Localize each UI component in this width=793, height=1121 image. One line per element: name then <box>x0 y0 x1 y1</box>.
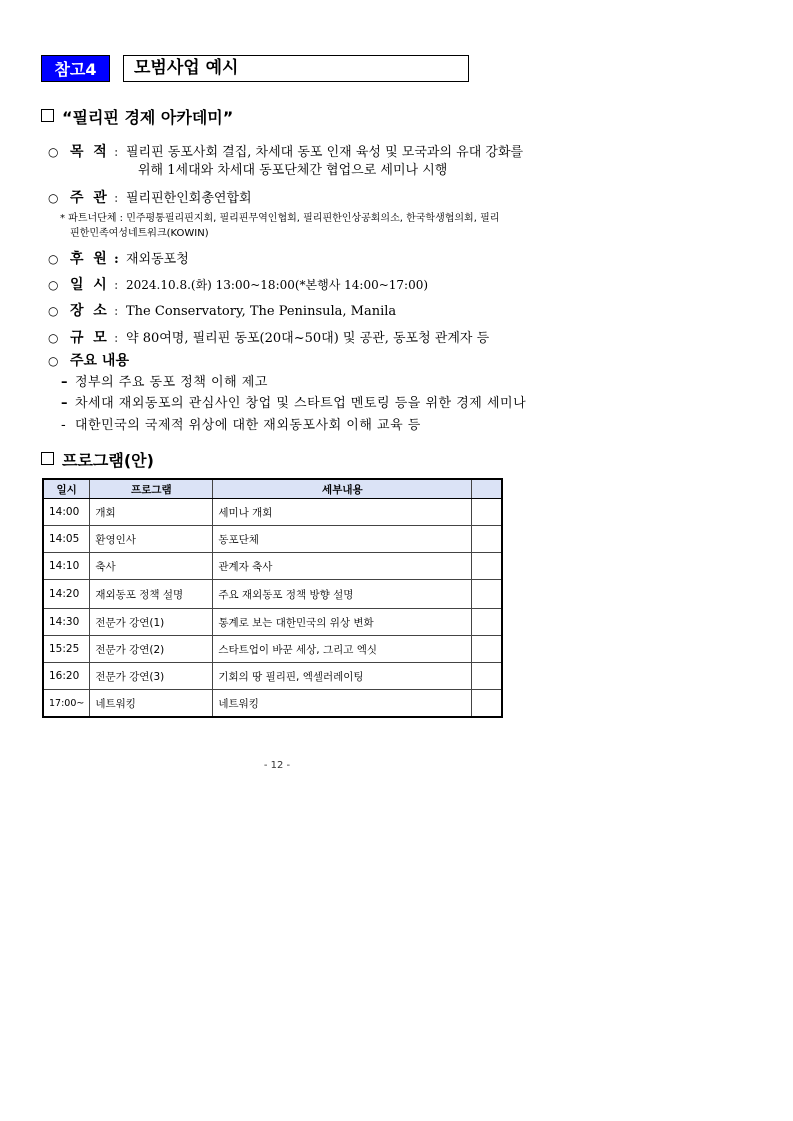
header-details: 세부내용 <box>213 479 472 499</box>
cell-blank <box>472 636 503 663</box>
square-bullet-icon <box>41 109 54 122</box>
section-heading-academy: “필리핀 경제 아카데미” <box>41 108 233 128</box>
table-row: 14:30 전문가 강연(1) 통계로 보는 대한민국의 위상 변화 <box>43 609 502 636</box>
cell-details: 세미나 개회 <box>213 499 472 526</box>
cell-blank <box>472 690 503 718</box>
item-label: 일 시 <box>70 276 114 294</box>
circle-bullet-icon: ○ <box>48 302 70 320</box>
table-header-row: 일시 프로그램 세부내용 <box>43 479 502 499</box>
item-label: 주 관 <box>70 189 114 207</box>
header-program: 프로그램 <box>90 479 213 499</box>
item-label: 장 소 <box>70 302 114 320</box>
section-title: “필리핀 경제 아카데미” <box>62 108 233 127</box>
table-row: 16:20 전문가 강연(3) 기회의 땅 필리핀, 엑셀러레이팅 <box>43 663 502 690</box>
reference-tag: 참고4 <box>41 55 110 82</box>
cell-time: 15:25 <box>43 636 90 663</box>
item-label: 규 모 <box>70 329 114 347</box>
circle-bullet-icon: ○ <box>48 143 70 161</box>
cell-program: 전문가 강연(1) <box>90 609 213 636</box>
item-purpose-cont: 위해 1세대와 차세대 동포단체간 협업으로 세미나 시행 <box>138 162 447 180</box>
item-text: 약 80여명, 필리핀 동포(20대~50대) 및 공관, 동포청 관계자 등 <box>126 331 489 346</box>
circle-bullet-icon: ○ <box>48 250 70 268</box>
table-row: 14:10 축사 관계자 축사 <box>43 553 502 580</box>
table-row: 17:00~ 네트워킹 네트워킹 <box>43 690 502 718</box>
cell-program: 환영인사 <box>90 526 213 553</box>
cell-blank <box>472 499 503 526</box>
content-item: –차세대 재외동포의 관심사인 창업 및 스타트업 멘토링 등을 위한 경제 세… <box>61 395 526 413</box>
item-venue: ○장 소:The Conservatory, The Peninsula, Ma… <box>48 302 396 321</box>
circle-bullet-icon: ○ <box>48 276 70 294</box>
partner-note-cont: 핀한민족여성네트워크(KOWIN) <box>70 226 209 241</box>
table-row: 14:05 환영인사 동포단체 <box>43 526 502 553</box>
header-blank <box>472 479 503 499</box>
table-row: 15:25 전문가 강연(2) 스타트업이 바꾼 세상, 그리고 엑싯 <box>43 636 502 663</box>
partner-note: * 파트너단체 : 민주평통필리핀지회, 필리핀무역인협회, 필리핀한인상공회의… <box>60 211 499 226</box>
circle-bullet-icon: ○ <box>48 329 70 347</box>
item-label: 후 원 <box>70 250 114 268</box>
table-row: 14:20 재외동포 정책 설명 주요 재외동포 정책 방향 설명 <box>43 580 502 609</box>
item-main-contents: ○주요 내용 <box>48 352 129 371</box>
square-bullet-icon <box>41 452 54 465</box>
cell-program: 개회 <box>90 499 213 526</box>
cell-time: 14:20 <box>43 580 90 609</box>
item-text: 필리핀한인회총연합회 <box>126 191 252 206</box>
item-sponsor: ○후 원:재외동포청 <box>48 250 189 269</box>
circle-bullet-icon: ○ <box>48 189 70 207</box>
item-label: 목 적 <box>70 143 114 161</box>
cell-details: 기회의 땅 필리핀, 엑셀러레이팅 <box>213 663 472 690</box>
item-text: 위해 1세대와 차세대 동포단체간 협업으로 세미나 시행 <box>138 163 447 178</box>
cell-details: 네트워킹 <box>213 690 472 718</box>
cell-program: 전문가 강연(3) <box>90 663 213 690</box>
cell-blank <box>472 553 503 580</box>
cell-details: 관계자 축사 <box>213 553 472 580</box>
cell-time: 14:00 <box>43 499 90 526</box>
content-item: -대한민국의 국제적 위상에 대한 재외동포사회 이해 교육 등 <box>61 417 421 435</box>
item-text: 재외동포청 <box>126 252 189 267</box>
cell-blank <box>472 526 503 553</box>
item-text: The Conservatory, The Peninsula, Manila <box>126 304 396 319</box>
item-datetime: ○일 시:2024.10.8.(화) 13:00~18:00(*본행사 14:0… <box>48 276 428 295</box>
program-table: 일시 프로그램 세부내용 14:00 개회 세미나 개회 14:05 환영인사 … <box>42 478 503 718</box>
cell-details: 스타트업이 바꾼 세상, 그리고 엑싯 <box>213 636 472 663</box>
content-item: –정부의 주요 동포 정책 이해 제고 <box>61 374 268 392</box>
cell-time: 17:00~ <box>43 690 90 718</box>
cell-time: 14:10 <box>43 553 90 580</box>
cell-blank <box>472 609 503 636</box>
cell-details: 주요 재외동포 정책 방향 설명 <box>213 580 472 609</box>
cell-blank <box>472 663 503 690</box>
item-purpose: ○목 적:필리핀 동포사회 결집, 차세대 동포 인재 육성 및 모국과의 유대… <box>48 143 523 162</box>
cell-program: 축사 <box>90 553 213 580</box>
table-row: 14:00 개회 세미나 개회 <box>43 499 502 526</box>
page-number: - 12 - <box>0 760 554 771</box>
circle-bullet-icon: ○ <box>48 352 70 370</box>
item-text: 2024.10.8.(화) 13:00~18:00(*본행사 14:00~17:… <box>126 278 428 292</box>
section-heading-program: 프로그램(안) <box>41 451 154 471</box>
section-title: 프로그램(안) <box>62 451 154 470</box>
cell-time: 16:20 <box>43 663 90 690</box>
cell-program: 네트워킹 <box>90 690 213 718</box>
item-label: 주요 내용 <box>70 352 129 370</box>
item-text: 필리핀 동포사회 결집, 차세대 동포 인재 육성 및 모국과의 유대 강화를 <box>126 145 523 160</box>
cell-blank <box>472 580 503 609</box>
item-scale: ○규 모:약 80여명, 필리핀 동포(20대~50대) 및 공관, 동포청 관… <box>48 329 489 348</box>
cell-time: 14:30 <box>43 609 90 636</box>
cell-details: 통계로 보는 대한민국의 위상 변화 <box>213 609 472 636</box>
page-title: 모범사업 예시 <box>123 55 469 82</box>
header-datetime: 일시 <box>43 479 90 499</box>
cell-program: 전문가 강연(2) <box>90 636 213 663</box>
cell-details: 동포단체 <box>213 526 472 553</box>
cell-time: 14:05 <box>43 526 90 553</box>
cell-program: 재외동포 정책 설명 <box>90 580 213 609</box>
item-host: ○주 관:필리핀한인회총연합회 <box>48 189 252 208</box>
